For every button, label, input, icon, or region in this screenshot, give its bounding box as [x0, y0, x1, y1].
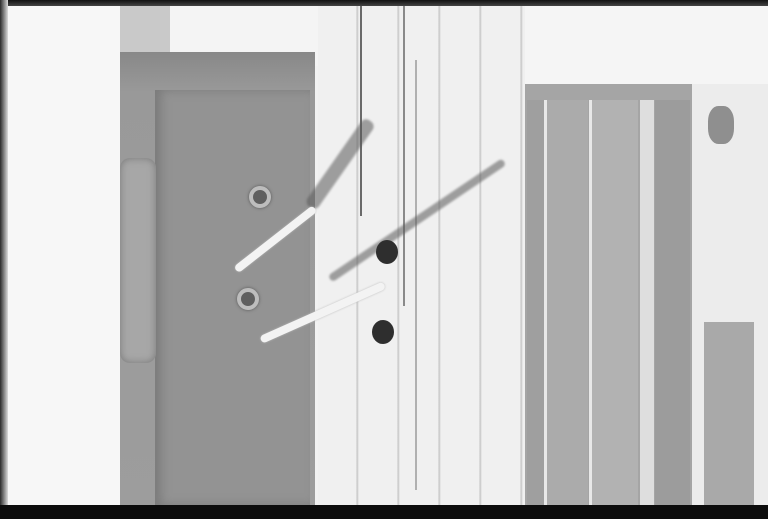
left-wall-panel — [8, 6, 122, 506]
left-door — [155, 90, 310, 505]
center-wooden-post — [318, 6, 528, 506]
weathered-patch — [704, 322, 754, 505]
film-border-bottom — [0, 505, 768, 519]
plank-gap — [640, 100, 654, 505]
photograph — [0, 0, 768, 519]
plank-gap — [589, 100, 592, 505]
wood-crack — [360, 6, 362, 216]
plank-gap — [544, 100, 547, 505]
door-plank — [546, 100, 588, 505]
wood-crack — [415, 60, 417, 490]
wood-crack — [403, 6, 405, 306]
door-plank — [527, 100, 545, 505]
film-border-left — [0, 0, 8, 519]
wood-knot — [708, 106, 734, 144]
eye-bolt — [249, 186, 271, 208]
nail-hole — [372, 320, 394, 344]
door-plank — [592, 100, 638, 505]
door-plank — [655, 100, 690, 505]
eye-bolt — [237, 288, 259, 310]
nail-hole — [376, 240, 398, 264]
door-hinge — [120, 158, 156, 363]
